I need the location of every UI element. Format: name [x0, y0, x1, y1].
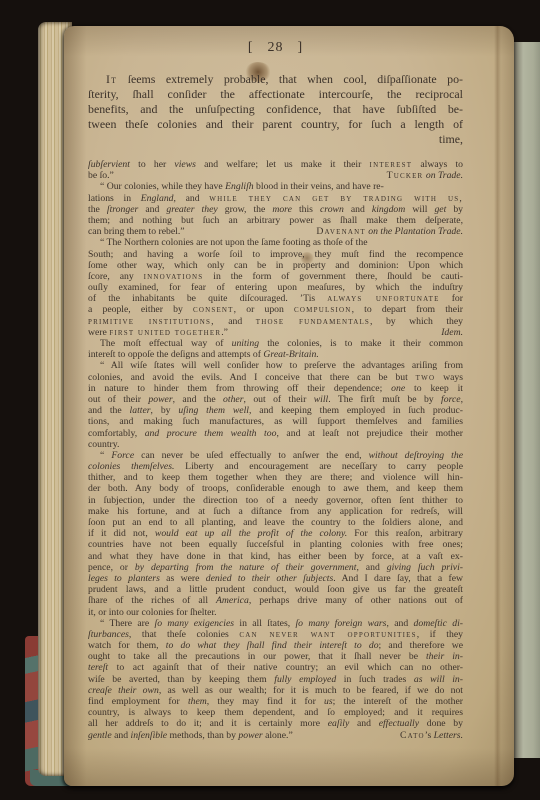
text-line: ſubſervient to her views and welfare; le…: [88, 159, 463, 170]
body-text: methods, than by: [167, 730, 238, 741]
body-text: and welfare; let us make it their: [196, 159, 370, 170]
body-text: time,: [439, 132, 463, 146]
body-text: will: [405, 204, 434, 215]
italic-text: Great-Britain.: [263, 349, 318, 360]
italic-text: will: [314, 394, 329, 405]
body-text: can bring them to rebel.”: [88, 226, 185, 237]
bracket-left: [: [234, 40, 268, 55]
body-text: , as well as our wealth; for it is much …: [159, 685, 463, 696]
body-text: ,: [461, 394, 463, 405]
italic-text: one: [391, 383, 405, 394]
body-text: in nature to hinder them from throwing o…: [88, 383, 391, 394]
text-line: ſome other way, which only can be in pro…: [88, 260, 463, 271]
body-text: , by: [151, 405, 179, 416]
body-text: country.: [88, 439, 119, 450]
text-line: benefits, and the unſuſpecting confidenc…: [88, 102, 463, 117]
small-caps-text: compulsion: [294, 304, 352, 315]
italic-text: get: [434, 204, 446, 215]
italic-text: Force: [111, 450, 134, 461]
text-line: country, is always to keep them dependen…: [88, 707, 463, 718]
body-text: lations in: [88, 193, 141, 204]
text-line: in ſubjection, under the direction too o…: [88, 495, 463, 506]
text-line: “ The Northern colonies are not upon the…: [88, 237, 463, 248]
text-line: gentle and inſenſible methods, than by p…: [88, 730, 463, 741]
body-text: . The firſt muſt be by: [328, 394, 441, 405]
text-line: “ There are ſo many exigencies in all ſt…: [88, 618, 463, 629]
text-line: lations in England, and while they can g…: [88, 193, 463, 204]
body-text: South; and having a worſe ſoil to improv…: [88, 249, 463, 260]
body-text: wiſe be averted, than by keeping them: [88, 674, 274, 685]
body-text: by: [446, 204, 463, 215]
italic-text: greater they: [166, 204, 217, 215]
body-text: benefits, and the unſuſpecting confidenc…: [88, 102, 463, 116]
body-text: “ All wiſe ſtates will well conſider how…: [100, 360, 463, 371]
body-text: , perhaps drive many of other nations ou…: [249, 595, 463, 606]
italic-text: ſo many exigencies: [155, 618, 235, 629]
body-text: , and: [386, 618, 413, 629]
text-line: of the inhabitants be quite diſcouraged.…: [88, 293, 463, 304]
body-text: “ There are: [100, 618, 155, 629]
small-caps-text: can never want opportunities: [239, 629, 416, 640]
italic-text: ſo many foreign wars: [295, 618, 386, 629]
body-text: , if they: [417, 629, 463, 640]
catchword: time,: [88, 132, 463, 147]
page-number: 28: [268, 40, 284, 55]
text-line: prudent laws, and a little prudent condu…: [88, 584, 463, 595]
body-text: tions, and making ſuch manufactures, as …: [88, 416, 463, 427]
italic-text: would eat up all the profit of the colon…: [155, 528, 347, 539]
text-line: pence, or by departing from the nature o…: [88, 562, 463, 573]
italic-text: colonies themſelves.: [88, 461, 174, 472]
text-line: country.: [88, 439, 463, 450]
small-caps-text: Cato: [400, 730, 425, 741]
text-line: and the latter, by uſing them well, and …: [88, 405, 463, 416]
body-text: .”: [221, 327, 228, 338]
body-text: prudent laws, and a little prudent condu…: [88, 584, 463, 595]
body-text: , by which they: [370, 316, 463, 327]
italic-text: as will in-: [414, 674, 463, 685]
text-line: The moſt effectual way of uniting the co…: [88, 338, 463, 349]
italic-text: uniting: [232, 338, 259, 349]
body-text: to keep it: [405, 383, 463, 394]
body-text: ; and therefore we: [379, 640, 463, 651]
body-text: this: [292, 204, 320, 215]
body-text: if it did not,: [88, 528, 155, 539]
text-line: “ Force can never be uſed effectually to…: [88, 450, 463, 461]
italic-text: latter: [130, 405, 151, 416]
body-text: , to depart from their: [352, 304, 463, 315]
small-caps-text: Tucker: [387, 170, 424, 181]
small-caps-text: consent: [193, 304, 234, 315]
text-line: if it did not, would eat up all the prof…: [88, 528, 463, 539]
body-text: tween theſe colonies and their parent co…: [88, 117, 463, 131]
body-text: comfortably,: [88, 428, 145, 439]
body-text: the colonies, is to make it their common: [259, 338, 463, 349]
body-text: , and keeping them employed in ſuch prod…: [249, 405, 463, 416]
text-line: “ All wiſe ſtates will well conſider how…: [88, 360, 463, 371]
attribution: Davenant on the Plantation Trade.: [316, 226, 463, 237]
text-line: be ſo.”Tucker on Trade.: [88, 170, 463, 181]
body-text: “ Our colonies, while they have: [100, 181, 225, 192]
italic-text: power: [238, 730, 262, 741]
italic-text: tereſt: [88, 662, 108, 673]
body-text: ſome other way, which only can be in pro…: [88, 260, 463, 271]
italic-text: gentle: [88, 730, 112, 741]
body-text: to her: [130, 159, 174, 170]
body-text: and: [215, 316, 256, 327]
small-caps-text: It: [106, 72, 117, 86]
text-line: out of their power, and the other, out o…: [88, 394, 463, 405]
main-text-paragraph: It ſeems extremely probable, that when c…: [88, 72, 463, 147]
body-text: alone.”: [263, 730, 293, 741]
footnote-block: ſubſervient to her views and welfare; le…: [88, 159, 463, 741]
text-line: were first united together.”Idem.: [88, 327, 463, 338]
italic-text: by departing from the nature of their go…: [135, 562, 357, 573]
body-text: , and: [356, 562, 386, 573]
body-text: Liberty and encouragement are neceſſary …: [174, 461, 463, 472]
body-text: intereſt to oppoſe the deſigns and attem…: [88, 349, 263, 360]
text-line: thither, and to keep them together when …: [88, 472, 463, 483]
italic-text: uſing them well: [178, 405, 249, 416]
body-text: a people, either by: [88, 304, 193, 315]
body-text: find employment for: [88, 696, 188, 707]
text-line: colonies, and avoid the evils. And I con…: [88, 372, 463, 383]
body-text: can never be uſed effectually to anſwer …: [134, 450, 368, 461]
small-caps-text: those fundamentals: [256, 316, 370, 327]
body-text: ways: [435, 372, 463, 383]
body-text: ſeems extremely probable, that when cool…: [117, 72, 463, 86]
italic-text: creaſe their own: [88, 685, 159, 696]
body-text: ouſly examined, for fear of entering upo…: [88, 282, 463, 293]
text-line: it, or into our colonies for ſhelter.: [88, 607, 463, 618]
text-line: der both. Any body of troops, conſiderab…: [88, 483, 463, 494]
text-line: “ Our colonies, while they have Engliſh …: [88, 181, 463, 192]
book-photo: [28] It ſeems extremely probable, that w…: [0, 0, 540, 800]
italic-text: domeſtic di-: [414, 618, 463, 629]
body-text: The moſt effectual way of: [100, 338, 232, 349]
italic-text: ſubſervient: [88, 159, 130, 170]
body-text: in ſubjection, under the direction too o…: [88, 495, 463, 506]
text-line: ought to take all the precautions in our…: [88, 651, 463, 662]
italic-text: inſenſible: [131, 730, 168, 741]
body-text: ; the intereſt of the mother: [333, 696, 463, 707]
body-text: out of their: [88, 394, 148, 405]
body-text: ſterity, ſhall conſider the affectionate…: [88, 87, 463, 101]
italic-text: on the Plantation Trade.: [366, 226, 463, 237]
small-caps-text: interest: [370, 159, 413, 170]
text-line: primitive institutions, and those fundam…: [88, 316, 463, 327]
text-line: tions, and making ſuch manufactures, as …: [88, 416, 463, 427]
text-line: ſcore, any innovations in the form of go…: [88, 271, 463, 282]
body-text: country, is always to keep them dependen…: [88, 707, 463, 718]
text-line: creaſe their own, as well as our wealth;…: [88, 685, 463, 696]
body-text: ’s: [425, 730, 434, 741]
text-line: in nature to hinder them from throwing o…: [88, 383, 463, 394]
text-line: can bring them to rebel.”Davenant on the…: [88, 226, 463, 237]
text-line: wiſe be averted, than by keeping them fu…: [88, 674, 463, 685]
italic-text: and procure them wealth too: [145, 428, 277, 439]
body-text: , or upon: [234, 304, 294, 315]
body-text: ſcore, any: [88, 271, 144, 282]
body-text: of the inhabitants be quite diſcouraged.…: [88, 293, 327, 304]
text-line: intereſt to oppoſe the deſigns and attem…: [88, 349, 463, 360]
body-text: in ſuch trades: [336, 674, 414, 685]
small-caps-text: first united together: [109, 327, 221, 338]
page-content: [28] It ſeems extremely probable, that w…: [88, 32, 463, 741]
body-text: and: [112, 730, 131, 741]
body-text: the: [88, 204, 107, 215]
italic-text: effectually: [379, 718, 419, 729]
italic-text: to do what they ſhall find their intereſ…: [166, 640, 379, 651]
body-text: and: [138, 204, 166, 215]
text-line: a people, either by consent, or upon com…: [88, 304, 463, 315]
body-text: were: [88, 327, 109, 338]
body-text: for: [440, 293, 463, 304]
body-text: watch for them,: [88, 640, 166, 651]
body-text: it, or into our colonies for ſhelter.: [88, 607, 217, 618]
italic-text: eaſily: [328, 718, 350, 729]
body-text: colonies, and avoid the evils. And I con…: [88, 372, 416, 383]
body-text: in the form of government there, ſhould …: [203, 271, 463, 282]
small-caps-text: innovations: [144, 271, 204, 282]
italic-text: ſtronger: [107, 204, 138, 215]
body-text: thither, and to keep them together when …: [88, 472, 463, 483]
facing-page-sliver: [511, 42, 540, 758]
italic-text: Idem.: [441, 327, 463, 338]
body-text: as were: [160, 573, 206, 584]
text-line: ſterity, ſhall conſider the affectionate…: [88, 87, 463, 102]
italic-text: kingdom: [372, 204, 405, 215]
body-text: “: [100, 450, 111, 461]
italic-text: force: [441, 394, 461, 405]
body-text: countries have not been equally ſucceſsf…: [88, 539, 463, 550]
italic-text: England: [141, 193, 174, 204]
italic-text: views: [174, 159, 196, 170]
text-line: leges to planters as were denied to thei…: [88, 573, 463, 584]
book-page: [28] It ſeems extremely probable, that w…: [64, 26, 514, 786]
body-text: them; and nothing but ſuch an arbitrary …: [88, 215, 463, 226]
bracket-right: ]: [284, 40, 318, 55]
italic-text: power: [148, 394, 172, 405]
text-line: tereſt to act againſt that of their nati…: [88, 662, 463, 673]
body-text: all her addreſs to do it; and it is cert…: [88, 718, 328, 729]
body-text: grow, the: [218, 204, 273, 215]
body-text: , they may find it for: [207, 696, 324, 707]
body-text: pence, or: [88, 562, 135, 573]
text-line: find employment for them, they may find …: [88, 696, 463, 707]
body-text: For this reaſon, arbitrary: [347, 528, 463, 539]
italic-text: without deſtroying the: [369, 450, 463, 461]
small-caps-text: primitive institutions,: [88, 316, 215, 327]
text-line: the ſtronger and greater they grow, the …: [88, 204, 463, 215]
attribution: Cato’s Letters.: [400, 730, 463, 741]
italic-text: more: [272, 204, 292, 215]
italic-text: us: [324, 696, 333, 707]
text-line: comfortably, and procure them wealth too…: [88, 428, 463, 439]
body-text: , and the: [173, 394, 223, 405]
body-text: make his fortune, and at ſuch a diſtance…: [88, 506, 463, 517]
italic-text: giving ſuch privi-: [387, 562, 463, 573]
body-text: , out of their: [244, 394, 314, 405]
text-line: tween theſe colonies and their parent co…: [88, 117, 463, 132]
body-text: ought to take all the precautions in our…: [88, 651, 426, 662]
text-line: make his fortune, and at ſuch a diſtance…: [88, 506, 463, 517]
text-line: watch for them, to do what they ſhall fi…: [88, 640, 463, 651]
italic-text: Letters.: [434, 730, 463, 741]
italic-text: Engliſh: [225, 181, 254, 192]
italic-text: them: [188, 696, 207, 707]
body-text: ſoon put an end to all planting, and lea…: [88, 517, 463, 528]
body-text: blood in their veins, and have re-: [254, 181, 384, 192]
body-text: always to: [412, 159, 463, 170]
page-number-header: [28]: [88, 38, 463, 58]
body-text: to act againſt that of their native coun…: [108, 662, 463, 673]
text-line: ſoon put an end to all planting, and lea…: [88, 517, 463, 528]
italic-text: ſturbances: [88, 629, 129, 640]
body-text: , that theſe colonies: [129, 629, 239, 640]
text-line: all her addreſs to do it; and it is cert…: [88, 718, 463, 729]
body-text: and: [344, 204, 372, 215]
italic-text: denied to their other ſubjects: [206, 573, 334, 584]
text-line: and what they have done in that kind, ha…: [88, 551, 463, 562]
text-line: them; and nothing but ſuch an arbitrary …: [88, 215, 463, 226]
text-line: ouſly examined, for fear of entering upo…: [88, 282, 463, 293]
italic-text: fully employed: [274, 674, 336, 685]
body-text: . And I dare ſay, that a few: [333, 573, 463, 584]
text-line: South; and having a worſe ſoil to improv…: [88, 249, 463, 260]
body-text: and the: [88, 405, 130, 416]
body-text: “ The Northern colonies are not upon the…: [100, 237, 368, 248]
body-text: der both. Any body of troops, conſiderab…: [88, 483, 463, 494]
body-text: , and at leaſt not prejudice their mothe…: [276, 428, 463, 439]
body-text: , and: [174, 193, 210, 204]
body-text: in all ſtates,: [234, 618, 295, 629]
attribution: Idem.: [441, 327, 463, 338]
small-caps-text: Davenant: [316, 226, 366, 237]
text-line: ſturbances, that theſe colonies can neve…: [88, 629, 463, 640]
text-line: ſhare of the riches of all America, perh…: [88, 595, 463, 606]
text-line: countries have not been equally ſucceſsf…: [88, 539, 463, 550]
italic-text: America: [216, 595, 249, 606]
italic-text: their in-: [426, 651, 463, 662]
body-text: done by: [419, 718, 463, 729]
text-line: colonies themſelves. Liberty and encoura…: [88, 461, 463, 472]
italic-text: crown: [320, 204, 344, 215]
body-text: and: [349, 718, 378, 729]
body-text: be ſo.”: [88, 170, 114, 181]
attribution: Tucker on Trade.: [387, 170, 463, 181]
text-line: It ſeems extremely probable, that when c…: [88, 72, 463, 87]
italic-text: other: [223, 394, 243, 405]
italic-text: on Trade.: [423, 170, 463, 181]
small-caps-text: while they can get by trading with us,: [209, 193, 463, 204]
small-caps-text: always unfortunate: [327, 293, 439, 304]
small-caps-text: two: [416, 372, 436, 383]
body-text: and what they have done in that kind, ha…: [88, 551, 463, 562]
italic-text: leges to planters: [88, 573, 160, 584]
body-text: ſhare of the riches of all: [88, 595, 216, 606]
